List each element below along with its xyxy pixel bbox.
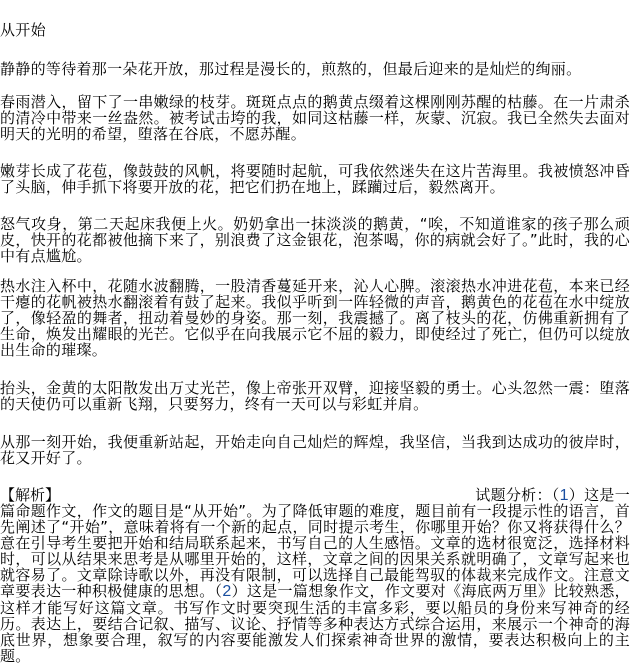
- essay-paragraph: 春雨潜入，留下了一串嫩绿的枝芽。斑斑点点的鹅黄点缀着这棵刚刚苏醒的枯藤。在一片肃…: [0, 94, 630, 142]
- essay-paragraph: 嫩芽长成了花苞，像鼓鼓的风帆，将要随时起航，可我依然迷失在这片苦海里。我被愤怒冲…: [0, 163, 630, 195]
- essay-title: 从开始: [0, 22, 630, 38]
- essay-paragraph: 抬头，金黄的太阳散发出万丈光芒，像上帝张开双臂，迎接坚毅的勇士。心头忽然一震：堕…: [0, 380, 630, 412]
- analysis-body: 篇命题作文，作文的题目是“从开始”。为了降低审题的难度，题目前有一段提示性的语言…: [0, 503, 630, 664]
- analysis-label: 【解析】: [0, 487, 60, 503]
- essay-paragraph: 怒气攻身，第二天起床我便上火。奶奶拿出一抹淡淡的鹅黄，“唉，不知道谁家的孩子那么…: [0, 216, 630, 264]
- analysis-header: 【解析】 试题分析：（1）这是一: [0, 487, 630, 503]
- question-number-2: 2: [222, 583, 231, 600]
- essay-paragraph: 热水注入杯中，花随水波翻腾，一股清香蔓延开来，沁人心脾。滚滚热水冲进花苞，本来已…: [0, 278, 630, 358]
- essay-paragraph: 静静的等待着那一朵花开放，那过程是漫长的，煎熬的，但最后迎来的是灿烂的绚丽。: [0, 61, 630, 77]
- essay-paragraph: 从那一刻开始，我便重新站起，开始走向自己灿烂的辉煌，我坚信，当我到达成功的彼岸时…: [0, 434, 630, 466]
